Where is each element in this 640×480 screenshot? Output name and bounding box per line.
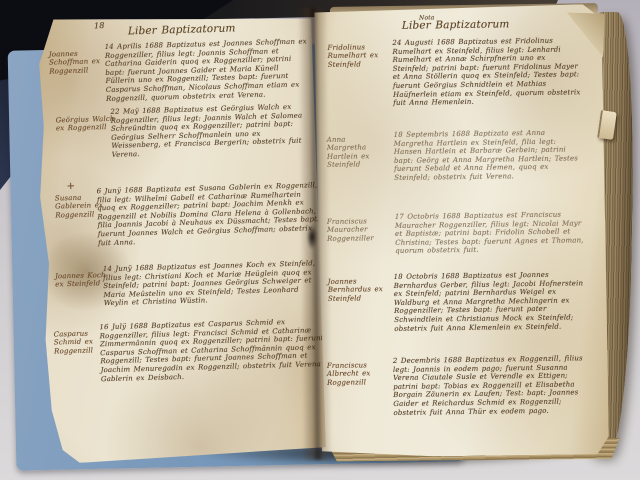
binding-gutter-crack xyxy=(305,220,319,254)
entry-text: 17 Octobris 1688 Baptizatus est Francisc… xyxy=(395,210,588,256)
left-page-header: Liber Baptizatorum xyxy=(104,22,259,38)
entry-text: 18 Septembris 1688 Baptizata est Anna Ma… xyxy=(394,128,587,182)
entry-text: 22 Maÿ 1688 Baptizatus est Geörgius Walc… xyxy=(110,102,311,159)
cross-marker: + xyxy=(66,181,75,192)
entry-margin-name: Joannes Schoffman ex Roggenzill xyxy=(49,49,110,76)
entry-text: 14 Junÿ 1688 Baptizatus est Joannes Koch… xyxy=(103,259,318,308)
entry-margin-name: Fridolinus Rumelhart ex Steinfeld xyxy=(327,43,387,69)
entry-text: 18 Octobris 1688 Baptizatus est Joannes … xyxy=(394,270,591,333)
entry-margin-name: Franciscus Mauracher Roggenziller xyxy=(327,217,387,243)
right-page: Nota Liber Baptizatorum Fridolinus Rumel… xyxy=(313,4,609,458)
entry-text: 2 Decembris 1688 Baptizatus ex Roggenzil… xyxy=(393,354,592,417)
entry-text: 16 Julÿ 1688 Baptizatus est Casparus Sch… xyxy=(99,317,325,383)
manuscript-photo: Nota Liber Baptizatorum Fridolinus Rumel… xyxy=(0,0,640,480)
entry-margin-name: Franciscus Albrecht ex Roggenzill xyxy=(327,361,387,387)
entry-margin-name: Joannes Bernhardus ex Steinfeld xyxy=(328,277,388,303)
right-page-header: Liber Baptizatorum xyxy=(368,18,543,32)
entry-margin-name: Geörgius Walch ex Roggenzill xyxy=(56,115,116,133)
page-number: 18 xyxy=(94,21,105,30)
entry-text: 24 Augusti 1688 Baptizatus est Fridolinu… xyxy=(392,36,585,107)
left-page: 18 Liber Baptizatorum Joannes Schoffman … xyxy=(34,12,326,464)
entry-text: 6 Junÿ 1688 Baptizata est Susana Gableri… xyxy=(97,181,321,247)
entry-margin-name: Anna Margretha Hartlein ex Steinfeld xyxy=(327,135,387,169)
entry-text: 14 Aprilis 1688 Baptizatus est Joannes S… xyxy=(105,37,310,103)
